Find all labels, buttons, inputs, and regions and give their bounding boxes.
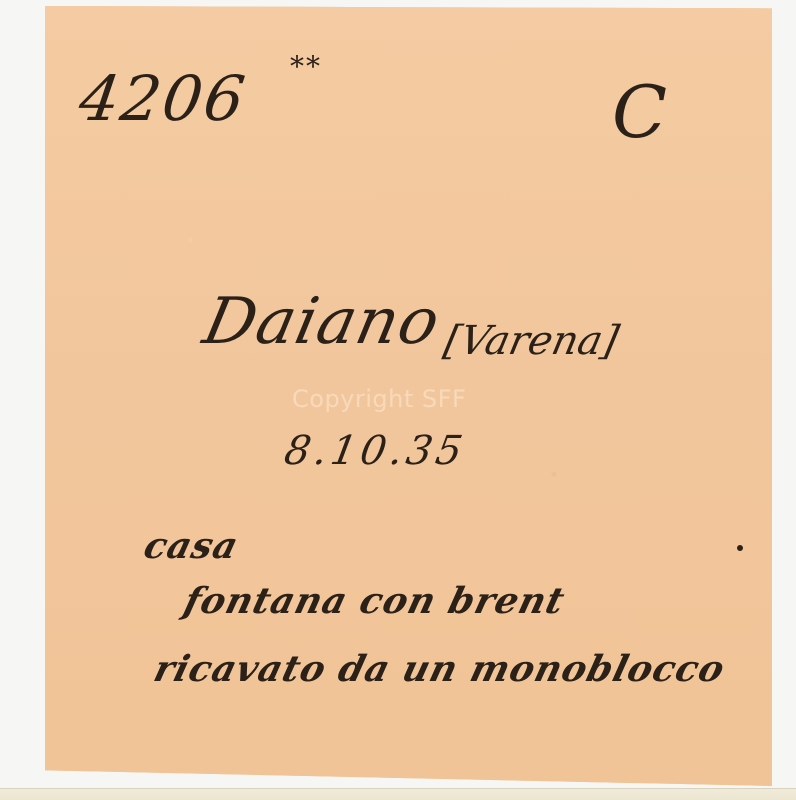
place-region: [Varena] (440, 318, 622, 364)
underlying-sheet (0, 788, 796, 800)
inventory-number: 4206 (75, 62, 251, 135)
copyright-watermark: Copyright SFF (292, 385, 466, 413)
note-line-1: casa (140, 525, 243, 567)
date: 8.10.35 (281, 428, 470, 474)
note-line-2: fontana con brent (180, 580, 570, 622)
ink-dot (737, 545, 743, 551)
star-marks: ** (290, 50, 322, 83)
category-letter: C (612, 70, 667, 154)
note-line-3: ricavato da un monoblocco (150, 648, 730, 690)
place-name: Daiano (197, 285, 447, 359)
